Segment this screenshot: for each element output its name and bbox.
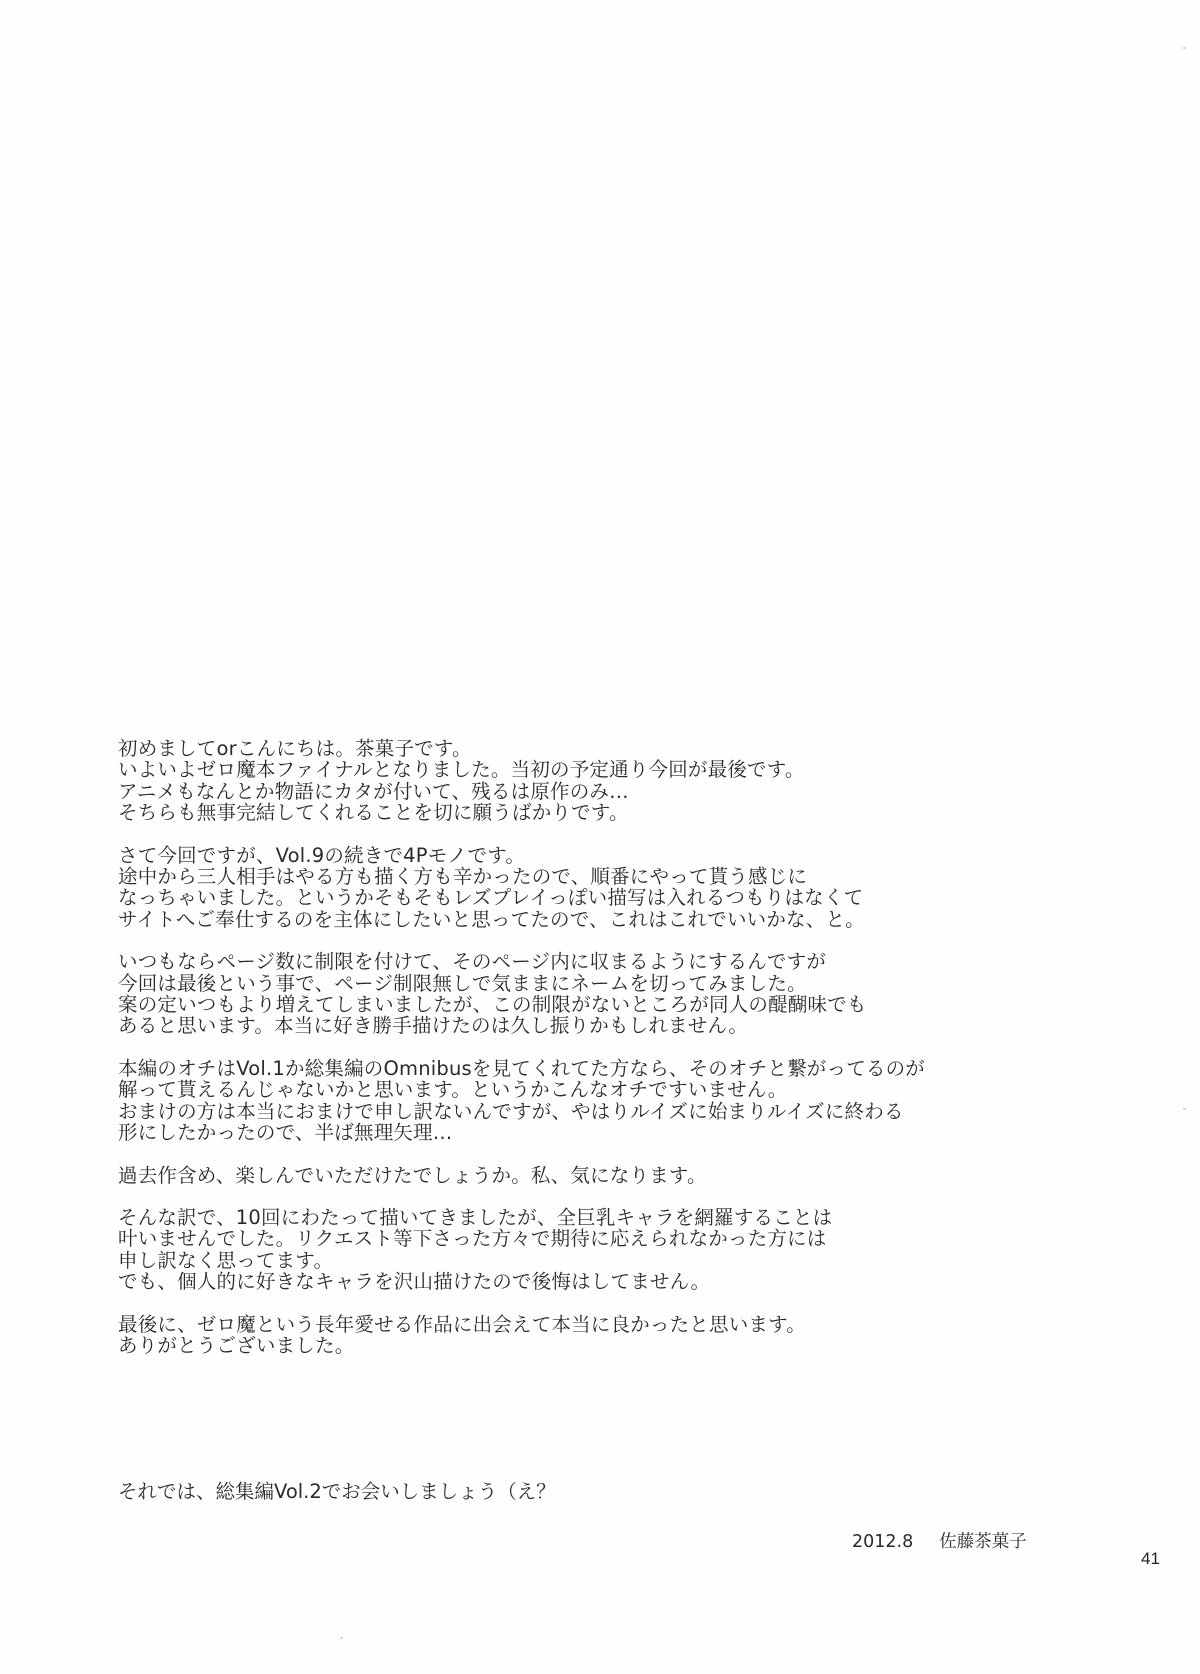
text-line: 最後に、ゼロ魔という長年愛せる作品に出会えて本当に良かったと思います。 [118,1314,1078,1335]
text-line: 過去作含め、楽しんでいただけたでしょうか。私、気になります。 [118,1165,1078,1186]
text-line: おまけの方は本当におまけで申し訳ないんですが、やはりルイズに始まりルイズに終わる [118,1101,1078,1122]
paragraph-this-volume: さて今回ですが、Vol.9の続きで4Pモノです。 途中から三人相手はやる方も描く… [118,845,1078,931]
scan-speck [1183,47,1186,49]
text-line: あると思います。本当に好き勝手描けたのは久し振りかもしれません。 [118,1015,1078,1036]
closing-line: それでは、総集編Vol.2でお会いしましょう（え？ [118,1481,556,1503]
text-line: そちらも無事完結してくれることを切に願うばかりです。 [118,802,1078,823]
text-line: 申し訳なく思ってます。 [118,1250,1078,1271]
text-line: 叶いませんでした。リクエスト等下さった方々で期待に応えられなかった方には [118,1228,1078,1249]
paragraph-ten-volumes: そんな訳で、10回にわたって描いてきましたが、全巨乳キャラを網羅することは 叶い… [118,1207,1078,1293]
text-line: サイトへご奉仕するのを主体にしたいと思ってたので、これはこれでいいかな、と。 [118,909,1078,930]
text-line: でも、個人的に好きなキャラを沢山描けたので後悔はしてません。 [118,1271,1078,1292]
paragraph-page-limit: いつもならページ数に制限を付けて、そのページ内に収まるようにするんですが 今回は… [118,951,1078,1037]
page-number: 41 [1141,1549,1160,1569]
paragraph-greeting: 初めましてorこんにちは。茶菓子です。 いよいよゼロ魔本ファイナルとなりました。… [118,738,1078,824]
scan-speck [340,1637,343,1639]
text-line: ありがとうございました。 [118,1335,1078,1356]
scanned-page: 初めましてorこんにちは。茶菓子です。 いよいよゼロ魔本ファイナルとなりました。… [0,0,1200,1674]
text-line: アニメもなんとか物語にカタが付いて、残るは原作のみ… [118,781,1078,802]
text-line: いつもならページ数に制限を付けて、そのページ内に収まるようにするんですが [118,951,1078,972]
signature-date: 2012.8 [852,1531,913,1553]
scan-speck [1183,1108,1186,1110]
signature: 2012.8 佐藤茶菓子 [852,1531,1027,1553]
text-line: 案の定いつもより増えてしまいましたが、この制限がないところが同人の醍醐味でも [118,994,1078,1015]
text-line: 本編のオチはVol.1か総集編のOmnibusを見てくれてた方なら、そのオチと繋… [118,1058,1078,1079]
text-line: 途中から三人相手はやる方も描く方も辛かったので、順番にやって貰う感じに [118,866,1078,887]
text-line: 解って貰えるんじゃないかと思います。というかこんなオチですいません。 [118,1079,1078,1100]
text-line: なっちゃいました。というかそもそもレズプレイっぽい描写は入れるつもりはなくて [118,887,1078,908]
signature-author: 佐藤茶菓子 [939,1531,1027,1553]
text-line: さて今回ですが、Vol.9の続きで4Pモノです。 [118,845,1078,866]
text-line: いよいよゼロ魔本ファイナルとなりました。当初の予定通り今回が最後です。 [118,759,1078,780]
paragraph-past-works: 過去作含め、楽しんでいただけたでしょうか。私、気になります。 [118,1165,1078,1186]
text-line: 今回は最後という事で、ページ制限無しで気ままにネームを切ってみました。 [118,973,1078,994]
text-line: 初めましてorこんにちは。茶菓子です。 [118,738,1078,759]
paragraph-thanks: 最後に、ゼロ魔という長年愛せる作品に出会えて本当に良かったと思います。 ありがと… [118,1314,1078,1357]
text-line: 形にしたかったので、半ば無理矢理… [118,1122,1078,1143]
text-line: そんな訳で、10回にわたって描いてきましたが、全巨乳キャラを網羅することは [118,1207,1078,1228]
paragraph-ending: 本編のオチはVol.1か総集編のOmnibusを見てくれてた方なら、そのオチと繋… [118,1058,1078,1144]
afterword-body: 初めましてorこんにちは。茶菓子です。 いよいよゼロ魔本ファイナルとなりました。… [118,738,1078,1377]
